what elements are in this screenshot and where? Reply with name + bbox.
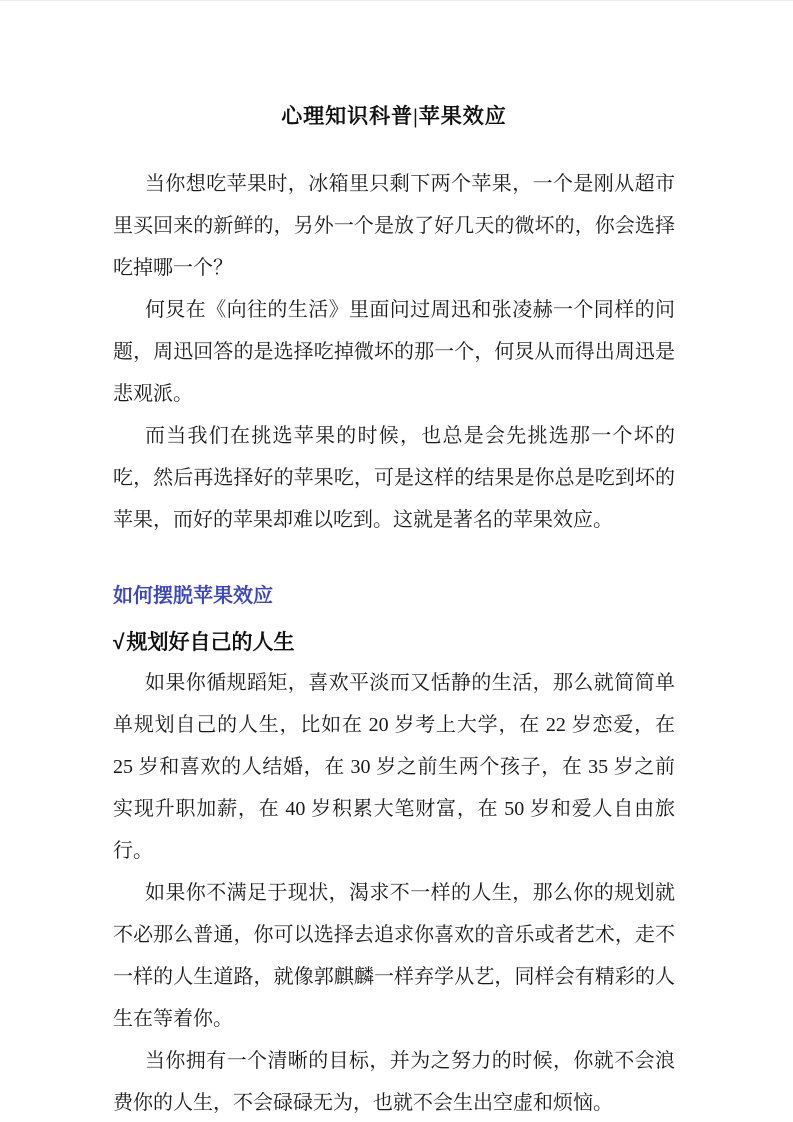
section-heading: 如何摆脱苹果效应 bbox=[113, 582, 675, 610]
subsection-heading: √规划好自己的人生 bbox=[113, 628, 675, 658]
body-paragraph-3: 当你拥有一个清晰的目标，并为之努力的时候，你就不会浪费你的人生，不会碌碌无为，也… bbox=[113, 1040, 675, 1122]
body-section: 如果你循规蹈矩，喜欢平淡而又恬静的生活，那么就简简单单规划自己的人生，比如在 2… bbox=[113, 662, 675, 1122]
checkmark-icon: √ bbox=[113, 631, 125, 654]
intro-paragraph-1: 当你想吃苹果时，冰箱里只剩下两个苹果，一个是刚从超市里买回来的新鲜的，另外一个是… bbox=[113, 163, 675, 289]
body-paragraph-1: 如果你循规蹈矩，喜欢平淡而又恬静的生活，那么就简简单单规划自己的人生，比如在 2… bbox=[113, 662, 675, 872]
body-paragraph-2: 如果你不满足于现状，渴求不一样的人生，那么你的规划就不必那么普通，你可以选择去追… bbox=[113, 872, 675, 1040]
subsection-heading-label: 规划好自己的人生 bbox=[127, 631, 295, 654]
intro-paragraph-3: 而当我们在挑选苹果的时候，也总是会先挑选那一个坏的吃，然后再选择好的苹果吃，可是… bbox=[113, 415, 675, 541]
intro-section: 当你想吃苹果时，冰箱里只剩下两个苹果，一个是刚从超市里买回来的新鲜的，另外一个是… bbox=[113, 163, 675, 541]
intro-paragraph-2: 何炅在《向往的生活》里面问过周迅和张凌赫一个同样的问题，周迅回答的是选择吃掉微坏… bbox=[113, 289, 675, 415]
document-page: 心理知识科普|苹果效应 当你想吃苹果时，冰箱里只剩下两个苹果，一个是刚从超市里买… bbox=[0, 0, 793, 1122]
document-title: 心理知识科普|苹果效应 bbox=[113, 101, 675, 131]
